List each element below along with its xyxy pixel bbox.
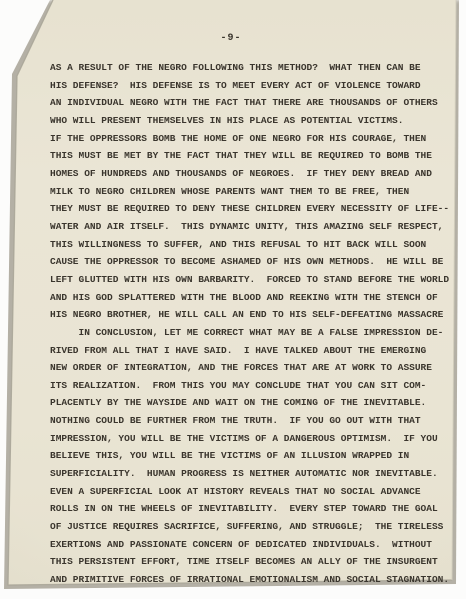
text-line: HOMES OF HUNDREDS AND THOUSANDS OF NEGRO… bbox=[50, 165, 449, 183]
text-line: PLACENTLY BY THE WAYSIDE AND WAIT ON THE… bbox=[50, 394, 449, 412]
text-line: THIS WILLINGNESS TO SUFFER, AND THIS REF… bbox=[50, 236, 449, 254]
text-line: RIVED FROM ALL THAT I HAVE SAID. I HAVE … bbox=[50, 342, 449, 360]
text-line: EVEN A SUPERFICIAL LOOK AT HISTORY REVEA… bbox=[50, 483, 449, 501]
typewritten-text-block: AS A RESULT OF THE NEGRO FOLLOWING THIS … bbox=[50, 59, 449, 589]
text-line: HIS NEGRO BROTHER, HE WILL CALL AN END T… bbox=[50, 306, 449, 324]
text-line: IMPRESSION, YOU WILL BE THE VICTIMS OF A… bbox=[50, 430, 449, 448]
text-line: AS A RESULT OF THE NEGRO FOLLOWING THIS … bbox=[50, 59, 449, 77]
text-line: WATER AND AIR ITSELF. THIS DYNAMIC UNITY… bbox=[50, 218, 449, 236]
text-line: AND HIS GOD SPLATTERED WITH THE BLOOD AN… bbox=[50, 289, 449, 307]
text-line: IN CONCLUSION, LET ME CORRECT WHAT MAY B… bbox=[50, 324, 449, 342]
text-line: WHO WILL PRESENT THEMSELVES IN HIS PLACE… bbox=[50, 112, 449, 130]
text-line: IF THE OPPRESSORS BOMB THE HOME OF ONE N… bbox=[50, 130, 449, 148]
text-line: THIS PERSISTENT EFFORT, TIME ITSELF BECO… bbox=[50, 553, 449, 571]
text-line: MILK TO NEGRO CHILDREN WHOSE PARENTS WAN… bbox=[50, 183, 449, 201]
text-line: AN INDIVIDUAL NEGRO WITH THE FACT THAT T… bbox=[50, 94, 449, 112]
text-line: THIS MUST BE MET BY THE FACT THAT THEY W… bbox=[50, 147, 449, 165]
text-line: NEW ORDER OF INTEGRATION, AND THE FORCES… bbox=[50, 359, 449, 377]
text-line: CAUSE THE OPPRESSOR TO BECOME ASHAMED OF… bbox=[50, 253, 449, 271]
text-line: EXERTIONS AND PASSIONATE CONCERN OF DEDI… bbox=[50, 536, 449, 554]
page-number: -9- bbox=[196, 33, 266, 44]
text-line: LEFT GLUTTED WITH HIS OWN BARBARITY. FOR… bbox=[50, 271, 449, 289]
text-line: AND PRIMITIVE FORCES OF IRRATIONAL EMOTI… bbox=[50, 571, 449, 589]
text-line: THEY MUST BE REQUIRED TO DENY THESE CHIL… bbox=[50, 200, 449, 218]
photographed-document: -9- AS A RESULT OF THE NEGRO FOLLOWING T… bbox=[0, 0, 466, 599]
text-line: BELIEVE THIS, YOU WILL BE THE VICTIMS OF… bbox=[50, 447, 449, 465]
text-line: HIS DEFENSE? HIS DEFENSE IS TO MEET EVER… bbox=[50, 77, 449, 95]
text-line: SUPERFICIALITY. HUMAN PROGRESS IS NEITHE… bbox=[50, 465, 449, 483]
text-line: ITS REALIZATION. FROM THIS YOU MAY CONCL… bbox=[50, 377, 449, 395]
text-line: OF JUSTICE REQUIRES SACRIFICE, SUFFERING… bbox=[50, 518, 449, 536]
text-line: ROLLS IN ON THE WHEELS OF INEVITABILITY.… bbox=[50, 500, 449, 518]
text-line: NOTHING COULD BE FURTHER FROM THE TRUTH.… bbox=[50, 412, 449, 430]
